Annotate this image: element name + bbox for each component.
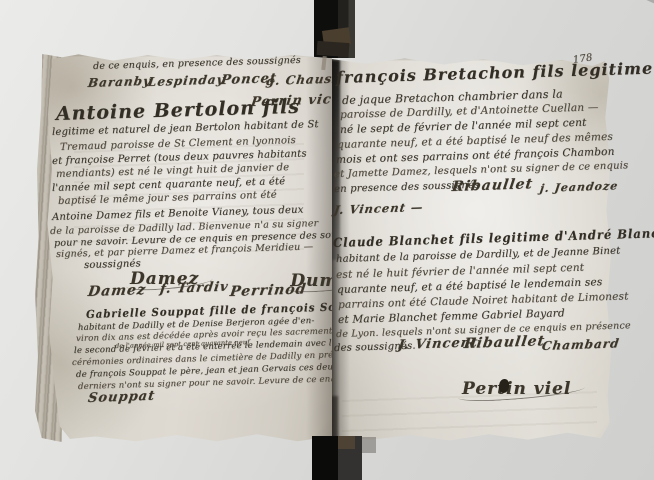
- signature: Ribaullet: [463, 333, 546, 352]
- witness-signature: Baranby: [87, 74, 152, 90]
- signature: Souppat: [87, 389, 156, 406]
- spine-bottom-tab: [338, 436, 355, 449]
- spine-bottom-shadow: [362, 437, 376, 453]
- signature: Chambard: [541, 336, 621, 353]
- book-spine-top: [314, 0, 355, 58]
- signature: Damez: [87, 282, 147, 300]
- register-scan-photo: de ce enquis, en presence des soussignés…: [0, 0, 654, 480]
- scratch-mark: [637, 0, 654, 6]
- signature: Perrinod: [229, 281, 308, 300]
- witness-signature: Lespinday: [147, 72, 226, 89]
- signature: j. Jeandoze: [539, 179, 619, 195]
- signature: f. Tardiv: [159, 280, 230, 297]
- signature: Ribaullet: [451, 176, 534, 195]
- book-spine-bottom: [312, 436, 362, 480]
- spine-headband-shadow: [317, 41, 350, 57]
- signature: Pertin viel: [462, 379, 571, 399]
